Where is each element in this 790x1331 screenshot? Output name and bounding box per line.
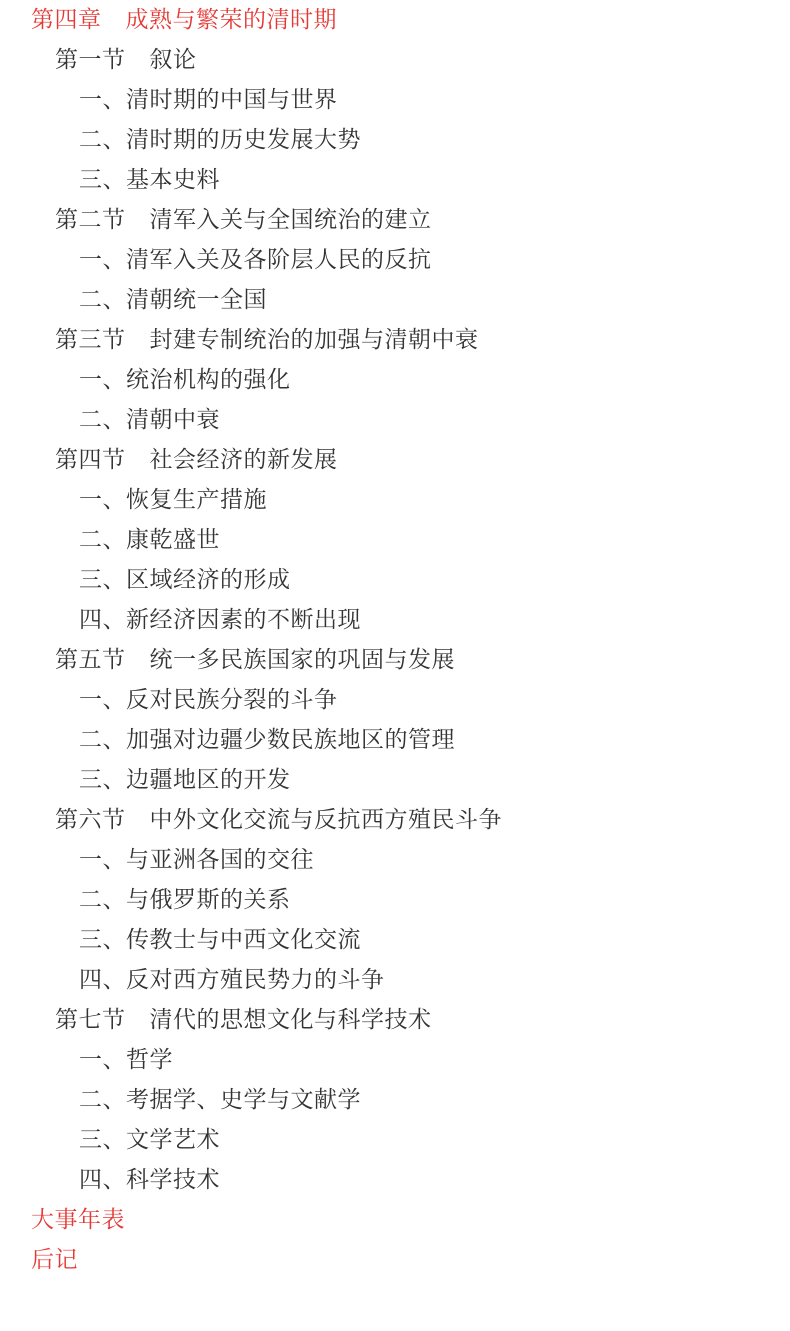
toc-chapter-text: 后记	[31, 1247, 78, 1273]
toc-item-link[interactable]: 三、传教士与中西文化交流	[79, 920, 361, 960]
toc-item-link[interactable]: 二、清时期的历史发展大势	[79, 120, 361, 160]
toc-item-link[interactable]: 四、反对西方殖民势力的斗争	[79, 960, 385, 1000]
toc-chapter-link[interactable]: 后记	[31, 1240, 78, 1280]
toc-item-link[interactable]: 一、与亚洲各国的交往	[79, 840, 314, 880]
toc-item-link[interactable]: 三、文学艺术	[79, 1120, 220, 1160]
toc-item-link[interactable]: 二、与俄罗斯的关系	[79, 880, 291, 920]
toc-section-title: 清军入关与全国统治的建立	[150, 207, 432, 233]
toc-item-link[interactable]: 一、清时期的中国与世界	[79, 80, 338, 120]
toc-section-title: 封建专制统治的加强与清朝中衰	[150, 327, 479, 353]
toc-item-link[interactable]: 三、区域经济的形成	[79, 560, 291, 600]
toc-section-link[interactable]: 第五节统一多民族国家的巩固与发展	[55, 640, 455, 680]
toc-item-link[interactable]: 二、康乾盛世	[79, 520, 220, 560]
toc-item-text: 二、清朝统一全国	[79, 287, 267, 313]
toc-item-link[interactable]: 二、清朝统一全国	[79, 280, 267, 320]
toc-item-link[interactable]: 二、考据学、史学与文献学	[79, 1080, 361, 1120]
toc-section-number: 第一节	[55, 47, 126, 73]
toc-item-link[interactable]: 三、基本史料	[79, 160, 220, 200]
toc-item-text: 二、考据学、史学与文献学	[79, 1087, 361, 1113]
toc-chapter-number: 第四章	[31, 7, 102, 33]
toc-chapter-link[interactable]: 第四章成熟与繁荣的清时期	[31, 0, 337, 40]
toc-item-text: 二、清时期的历史发展大势	[79, 127, 361, 153]
toc-section-link[interactable]: 第七节清代的思想文化与科学技术	[55, 1000, 432, 1040]
toc-section-title: 清代的思想文化与科学技术	[150, 1007, 432, 1033]
toc-item-text: 一、哲学	[79, 1047, 173, 1073]
toc-item-link[interactable]: 一、清军入关及各阶层人民的反抗	[79, 240, 432, 280]
toc-item-text: 四、科学技术	[79, 1167, 220, 1193]
toc-section-link[interactable]: 第三节封建专制统治的加强与清朝中衰	[55, 320, 479, 360]
toc-section-number: 第三节	[55, 327, 126, 353]
toc-item-text: 一、恢复生产措施	[79, 487, 267, 513]
toc-section-number: 第七节	[55, 1007, 126, 1033]
toc-item-text: 二、清朝中衰	[79, 407, 220, 433]
toc-section-title: 中外文化交流与反抗西方殖民斗争	[150, 807, 503, 833]
toc-section-title: 统一多民族国家的巩固与发展	[150, 647, 456, 673]
toc-item-link[interactable]: 四、科学技术	[79, 1160, 220, 1200]
toc-section-link[interactable]: 第六节中外文化交流与反抗西方殖民斗争	[55, 800, 502, 840]
toc-chapter-title: 成熟与繁荣的清时期	[126, 7, 338, 33]
toc-item-link[interactable]: 四、新经济因素的不断出现	[79, 600, 361, 640]
toc-item-text: 三、传教士与中西文化交流	[79, 927, 361, 953]
toc-section-link[interactable]: 第一节叙论	[55, 40, 197, 80]
toc-item-text: 一、统治机构的强化	[79, 367, 291, 393]
toc-section-link[interactable]: 第四节社会经济的新发展	[55, 440, 338, 480]
toc-item-text: 三、文学艺术	[79, 1127, 220, 1153]
toc-chapter-text: 大事年表	[31, 1207, 125, 1233]
toc-section-title: 社会经济的新发展	[150, 447, 338, 473]
toc-item-text: 三、区域经济的形成	[79, 567, 291, 593]
toc-item-text: 一、清军入关及各阶层人民的反抗	[79, 247, 432, 273]
toc-section-number: 第六节	[55, 807, 126, 833]
toc-item-text: 一、清时期的中国与世界	[79, 87, 338, 113]
toc-section-link[interactable]: 第二节清军入关与全国统治的建立	[55, 200, 432, 240]
toc-section-number: 第四节	[55, 447, 126, 473]
toc-section-title: 叙论	[150, 47, 197, 73]
toc-item-link[interactable]: 一、统治机构的强化	[79, 360, 291, 400]
toc-section-number: 第二节	[55, 207, 126, 233]
toc-item-text: 四、新经济因素的不断出现	[79, 607, 361, 633]
toc-item-text: 三、边疆地区的开发	[79, 767, 291, 793]
toc-section-number: 第五节	[55, 647, 126, 673]
toc-item-link[interactable]: 一、恢复生产措施	[79, 480, 267, 520]
toc-item-text: 二、与俄罗斯的关系	[79, 887, 291, 913]
toc-item-link[interactable]: 二、清朝中衰	[79, 400, 220, 440]
toc-item-text: 四、反对西方殖民势力的斗争	[79, 967, 385, 993]
toc-chapter-link[interactable]: 大事年表	[31, 1200, 125, 1240]
toc-item-link[interactable]: 一、哲学	[79, 1040, 173, 1080]
toc-item-text: 三、基本史料	[79, 167, 220, 193]
toc-item-text: 二、康乾盛世	[79, 527, 220, 553]
toc-item-link[interactable]: 二、加强对边疆少数民族地区的管理	[79, 720, 455, 760]
toc-item-text: 二、加强对边疆少数民族地区的管理	[79, 727, 455, 753]
toc-item-link[interactable]: 一、反对民族分裂的斗争	[79, 680, 338, 720]
toc-item-link[interactable]: 三、边疆地区的开发	[79, 760, 291, 800]
toc-item-text: 一、与亚洲各国的交往	[79, 847, 314, 873]
toc-item-text: 一、反对民族分裂的斗争	[79, 687, 338, 713]
